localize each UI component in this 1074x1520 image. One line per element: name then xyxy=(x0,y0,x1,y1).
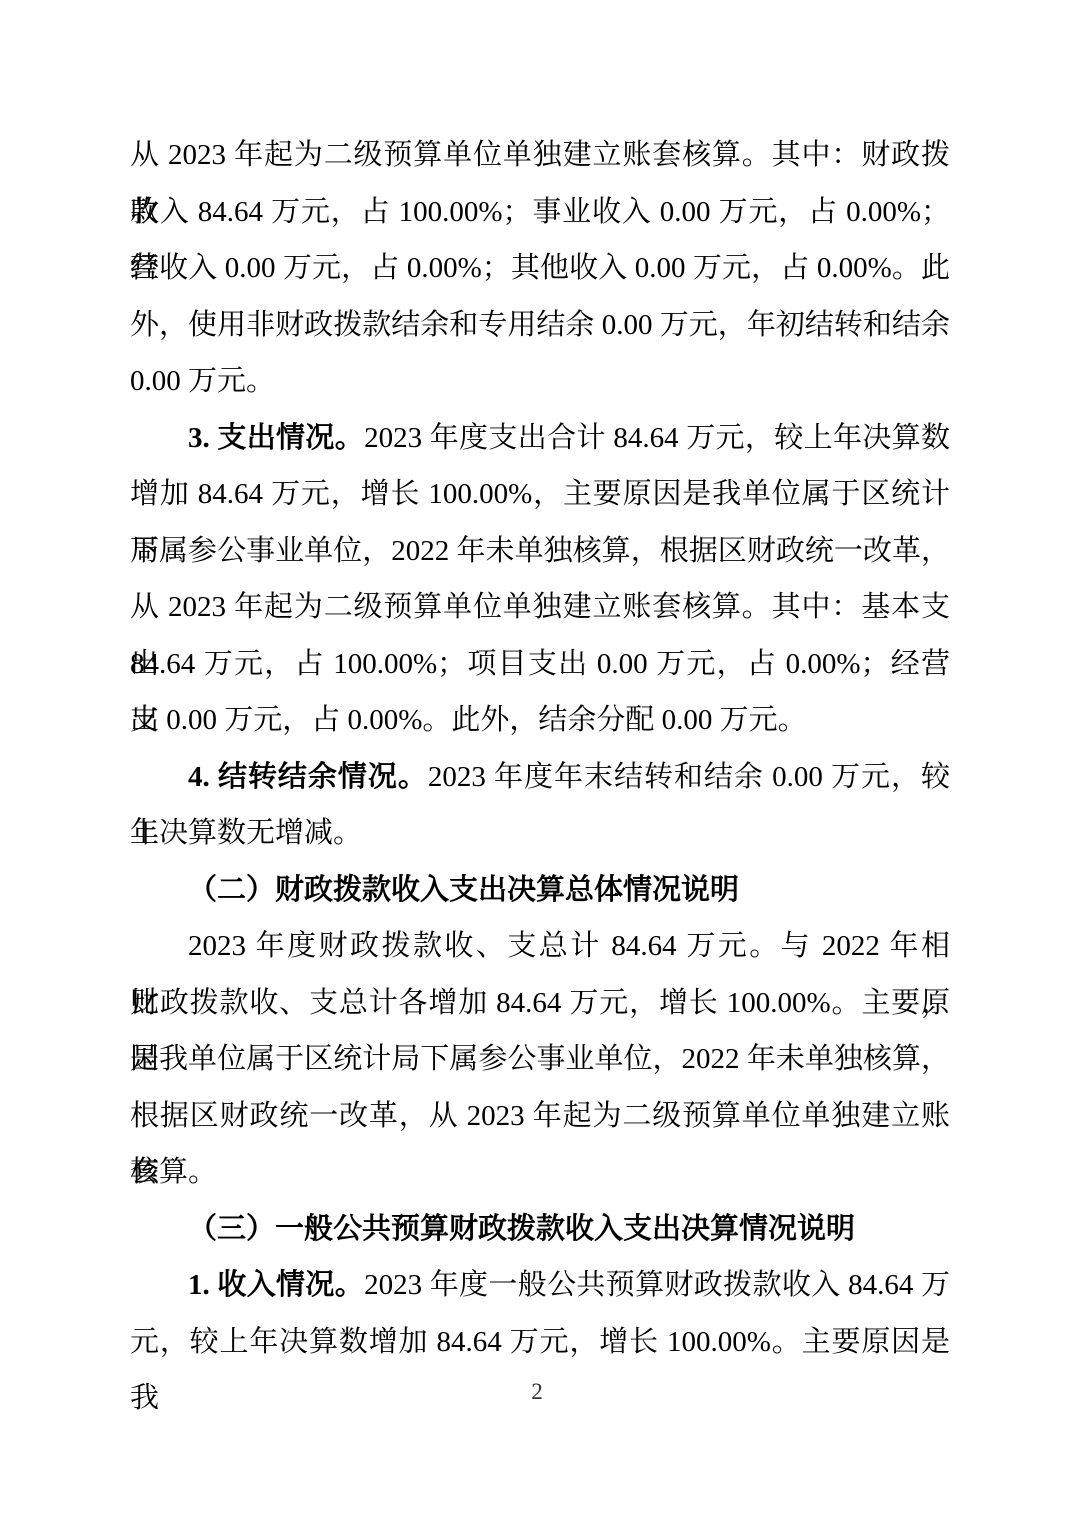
text-line: 营收入 0.00 万元，占 0.00%；其他收入 0.00 万元，占 0.00%… xyxy=(130,240,950,297)
text-line: 1. 收入情况。2023 年度一般公共预算财政拨款收入 84.64 万 xyxy=(130,1257,950,1314)
heading-text: （二）财政拨款收入支出决算总体情况说明 xyxy=(188,874,739,906)
item-label-expenditure: 3. 支出情况。 xyxy=(188,422,364,454)
line-text: 外，使用非财政拨款结余和专用结余 0.00 万元，年初结转和结余 xyxy=(130,309,950,341)
text-line: 增加 84.64 万元，增长 100.00%，主要原因是我单位属于区统计局 xyxy=(130,466,950,523)
line-text: 出 0.00 万元，占 0.00%。此外，结余分配 0.00 万元。 xyxy=(130,704,807,736)
text-line: 年决算数无增减。 xyxy=(130,805,950,862)
text-line: 4. 结转结余情况。2023 年度年末结转和结余 0.00 万元，较上 xyxy=(130,749,950,806)
line-text: 2023 年度支出合计 84.64 万元，较上年决算数 xyxy=(364,422,950,454)
text-line: 从 2023 年起为二级预算单位单独建立账套核算。其中：基本支出 xyxy=(130,579,950,636)
section-heading-2: （二）财政拨款收入支出决算总体情况说明 xyxy=(130,862,950,919)
text-line: 84.64 万元，占 100.00%；项目支出 0.00 万元，占 0.00%；… xyxy=(130,636,950,693)
line-text: 年决算数无增减。 xyxy=(130,817,362,849)
line-text: 下属参公事业单位，2022 年未单独核算，根据区财政统一改革， xyxy=(130,535,950,567)
text-line: 是我单位属于区统计局下属参公事业单位，2022 年未单独核算， xyxy=(130,1031,950,1088)
text-line: 元，较上年决算数增加 84.64 万元，增长 100.00%。主要原因是我 xyxy=(130,1314,950,1371)
heading-text: （三）一般公共预算财政拨款收入支出决算情况说明 xyxy=(188,1213,855,1245)
text-line: 从 2023 年起为二级预算单位单独建立账套核算。其中：财政拨款 xyxy=(130,127,950,184)
line-text: 营收入 0.00 万元，占 0.00%；其他收入 0.00 万元，占 0.00%… xyxy=(130,252,950,284)
text-line: 根据区财政统一改革，从 2023 年起为二级预算单位单独建立账套 xyxy=(130,1088,950,1145)
line-text: 0.00 万元。 xyxy=(130,365,275,397)
text-line: 出 0.00 万元，占 0.00%。此外，结余分配 0.00 万元。 xyxy=(130,692,950,749)
page-number: 2 xyxy=(0,1378,1074,1406)
section-heading-3: （三）一般公共预算财政拨款收入支出决算情况说明 xyxy=(130,1201,950,1258)
text-line: 0.00 万元。 xyxy=(130,353,950,410)
line-text: 核算。 xyxy=(130,1156,217,1188)
text-line: 核算。 xyxy=(130,1144,950,1201)
document-body: 从 2023 年起为二级预算单位单独建立账套核算。其中：财政拨款 收入 84.6… xyxy=(130,127,950,1370)
text-line: 外，使用非财政拨款结余和专用结余 0.00 万元，年初结转和结余 xyxy=(130,297,950,354)
line-text: 是我单位属于区统计局下属参公事业单位，2022 年未单独核算， xyxy=(130,1043,950,1075)
text-line: 3. 支出情况。2023 年度支出合计 84.64 万元，较上年决算数 xyxy=(130,410,950,467)
text-line: 财政拨款收、支总计各增加 84.64 万元，增长 100.00%。主要原因 xyxy=(130,975,950,1032)
text-line: 收入 84.64 万元，占 100.00%；事业收入 0.00 万元，占 0.0… xyxy=(130,184,950,241)
item-label-income: 1. 收入情况。 xyxy=(188,1269,364,1301)
document-page: 从 2023 年起为二级预算单位单独建立账套核算。其中：财政拨款 收入 84.6… xyxy=(0,0,1074,1520)
text-line: 2023 年度财政拨款收、支总计 84.64 万元。与 2022 年相比， xyxy=(130,918,950,975)
item-label-carryover: 4. 结转结余情况。 xyxy=(188,761,428,793)
line-text: 2023 年度一般公共预算财政拨款收入 84.64 万 xyxy=(364,1269,950,1301)
text-line: 下属参公事业单位，2022 年未单独核算，根据区财政统一改革， xyxy=(130,523,950,580)
